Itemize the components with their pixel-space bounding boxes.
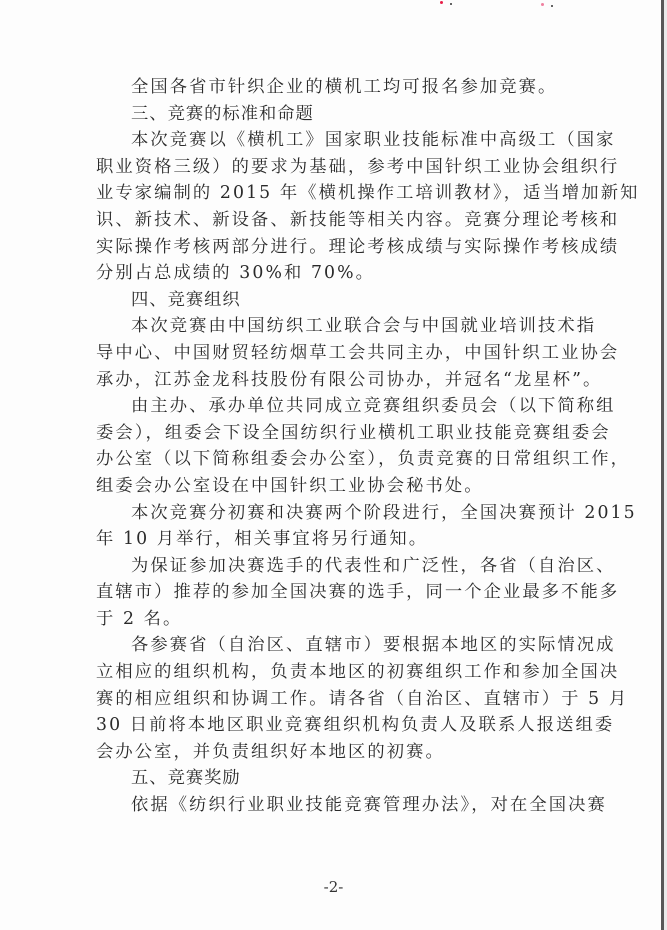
paragraph-line: 业专家编制的 2015 年《横机操作工培训教材》，适当增加新知 — [96, 180, 589, 207]
paragraph-line: 本次竞赛分初赛和决赛两个阶段进行，全国决赛预计 2015 — [96, 500, 589, 527]
paragraph-line: 赛的相应组织和协调工作。请各省（自治区、直辖市）于 5 月 — [96, 686, 589, 713]
paragraph-line: 立相应的组织机构，负责本地区的初赛组织工作和参加全国决 — [96, 659, 589, 686]
paragraph-line: 组委会办公室设在中国针织工业协会秘书处。 — [96, 473, 589, 500]
paragraph-line: 直辖市）推荐的参加全国决赛的选手，同一个企业最多不能多 — [96, 579, 589, 606]
page-number: -2- — [0, 878, 667, 896]
paragraph-line: 为保证参加决赛选手的代表性和广泛性，各省（自治区、 — [96, 553, 589, 580]
paragraph-line: 30 日前将本地区职业竞赛组织机构负责人及联系人报送组委 — [96, 712, 589, 739]
paragraph-line: 会办公室，并负责组织好本地区的初赛。 — [96, 739, 589, 766]
section-heading-4: 四、竞赛组织 — [96, 287, 589, 314]
paragraph-line: 各参赛省（自治区、直辖市）要根据本地区的实际情况成 — [96, 632, 589, 659]
paragraph-line: 办公室（以下简称组委会办公室），负责竞赛的日常组织工作， — [96, 446, 589, 473]
paragraph-line: 本次竞赛以《横机工》国家职业技能标准中高级工（国家 — [96, 127, 589, 154]
stamp-speck — [440, 1, 443, 4]
stamp-speck — [541, 3, 544, 6]
paragraph-line: 本次竞赛由中国纺织工业联合会与中国就业培训技术指 — [96, 313, 589, 340]
paragraph-line: 年 10 月举行，相关事宜将另行通知。 — [96, 526, 589, 553]
paragraph-line: 实际操作考核两部分进行。理论考核成绩与实际操作考核成绩 — [96, 234, 589, 261]
paragraph-line: 依据《纺织行业职业技能竞赛管理办法》，对在全国决赛 — [96, 792, 589, 819]
paragraph-line: 委会），组委会下设全国纺织行业横机工职业技能竞赛组委会 — [96, 420, 589, 447]
paragraph-line: 承办，江苏金龙科技股份有限公司协办，并冠名“龙星杯”。 — [96, 367, 589, 394]
paragraph-line: 由主办、承办单位共同成立竞赛组织委员会（以下简称组 — [96, 393, 589, 420]
document-page: 全国各省市针织企业的横机工均可报名参加竞赛。 三、竞赛的标准和命题 本次竞赛以《… — [0, 0, 667, 930]
paragraph-line: 分别占总成绩的 30%和 70%。 — [96, 260, 589, 287]
paragraph-line: 于 2 名。 — [96, 606, 589, 633]
document-body: 全国各省市针织企业的横机工均可报名参加竞赛。 三、竞赛的标准和命题 本次竞赛以《… — [96, 74, 589, 819]
paragraph-line: 识、新技术、新设备、新技能等相关内容。竞赛分理论考核和 — [96, 207, 589, 234]
scan-speck — [450, 3, 452, 5]
section-heading-3: 三、竞赛的标准和命题 — [96, 101, 589, 128]
paragraph-line: 职业资格三级）的要求为基础，参考中国针织工业协会组织行 — [96, 154, 589, 181]
paragraph-line: 全国各省市针织企业的横机工均可报名参加竞赛。 — [96, 74, 589, 101]
scan-speck — [551, 5, 553, 7]
section-heading-5: 五、竞赛奖励 — [96, 765, 589, 792]
paragraph-line: 导中心、中国财贸轻纺烟草工会共同主办，中国针织工业协会 — [96, 340, 589, 367]
